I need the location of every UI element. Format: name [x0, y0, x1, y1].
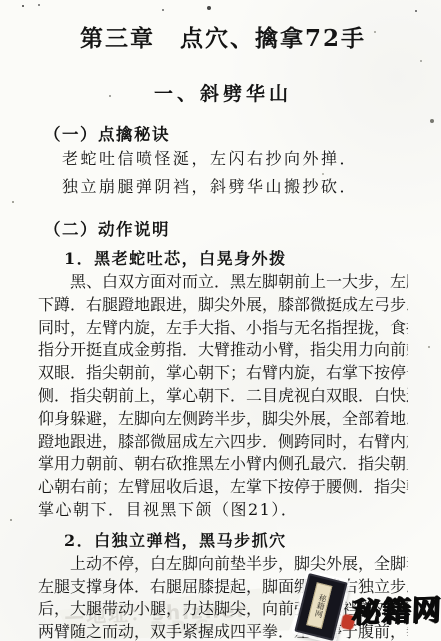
body-line: 心朝右前；左臂屈收后退，左掌下按停于腰侧．指尖朝前，	[38, 476, 408, 499]
body-line: 侧．指尖朝前上，掌心朝下．二目虎视白双眼．白快速晃闪	[38, 385, 408, 408]
body-line: 掌用力朝前、朝右砍推黑左小臂内侧孔最穴．指尖朝上，掌	[38, 453, 408, 476]
miji-site-logo: 秘籍网	[351, 587, 441, 631]
subsection-heading-action-description: （二）动作说明	[38, 216, 408, 240]
body-line: 下蹲．右腿蹬地跟进，脚尖外展，膝部微挺成左弓步．上步	[38, 294, 408, 317]
step1-heading: 1．黑老蛇吐芯，白晃身外拨	[38, 246, 408, 269]
step2-heading: 2．白独立弹档，黑马步抓穴	[38, 528, 408, 551]
body-line: 上动不停，白左脚向前垫半步，脚尖外展，全脚着地，	[38, 553, 408, 576]
chapter-title: 第三章 点穴、擒拿72手	[38, 20, 408, 53]
poem-line: 老蛇吐信喷怪涎，左闪右抄向外掸．	[38, 145, 408, 173]
body-line: 黑、白双方面对而立．黑左脚朝前上一大步，左腿屈膝	[38, 271, 408, 294]
body-line: 掌心朝下．目视黑下颌（图21）．	[38, 499, 408, 522]
section-title: 一、斜劈华山	[38, 79, 408, 106]
book-label: 秘籍网	[306, 582, 332, 629]
body-line: 同时，左臂内旋，左手大指、小指与无名指捏拢，食指、中	[38, 317, 408, 340]
scan-noise-specks	[22, 5, 24, 7]
scanned-book-page: 第三章 点穴、擒拿72手 一、斜劈华山 （一）点擒秘诀 老蛇吐信喷怪涎，左闪右抄…	[0, 0, 441, 641]
body-line: 蹬地跟进，膝部微屈成左六四步．侧跨同时，右臂内旋，右	[38, 431, 408, 454]
body-line: 指分开挺直成金剪指．大臂推动小臂，指尖用力向前刺扎白	[38, 339, 408, 362]
page-content: 第三章 点穴、擒拿72手 一、斜劈华山 （一）点擒秘诀 老蛇吐信喷怪涎，左闪右抄…	[38, 16, 408, 641]
body-line: 仰身躲避，左脚向左侧跨半步，脚尖外展，全部着地．右脚	[38, 408, 408, 431]
body-line: 双眼．指尖朝前，掌心朝下；右臂内旋，右掌下按停于胸右	[38, 362, 408, 385]
poem-line: 独立崩腿弹阴裆，斜劈华山搬抄砍．	[38, 173, 408, 201]
subsection-heading-secret-formula: （一）点擒秘诀	[38, 121, 408, 145]
